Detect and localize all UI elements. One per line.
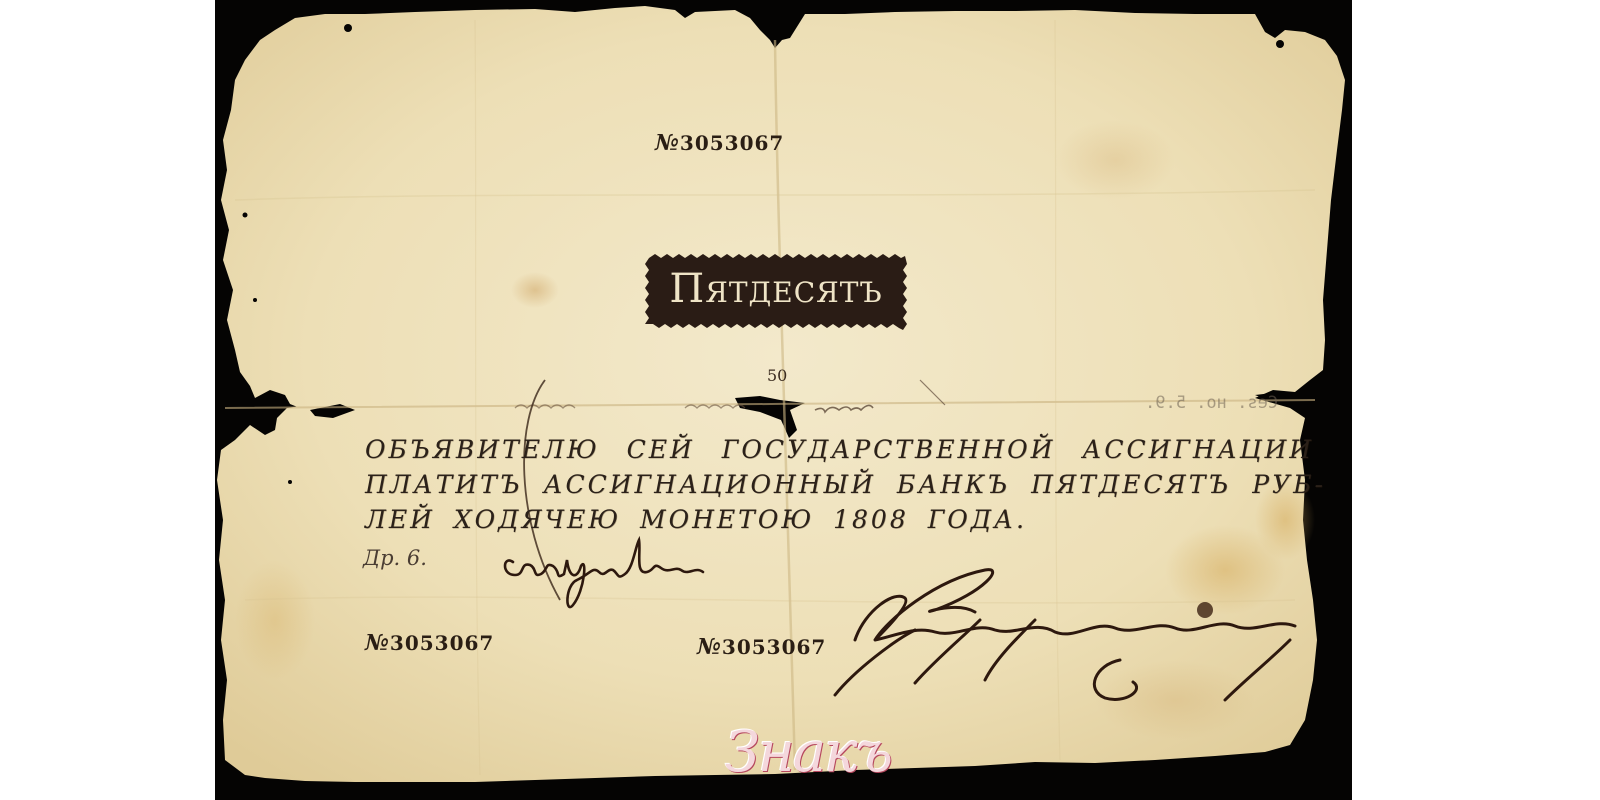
serial-number-bottom-center: №3053067 (697, 634, 826, 660)
serial-digits: 3053067 (390, 631, 494, 655)
plate-mark: Др. 6. (363, 546, 427, 570)
number-sign: № (655, 130, 680, 156)
serial-digits: 3053067 (722, 635, 826, 659)
number-sign: № (365, 630, 390, 656)
text-line-3: лей ходячею монетою 1808 года. (365, 502, 1205, 537)
obligation-text: Объявителю сей государственной ассигнаци… (365, 432, 1205, 537)
denomination-panel: Пятдесятъ (645, 254, 907, 330)
reverse-showthrough-text: Сеs. нo. 5.9. (1145, 393, 1278, 413)
serial-number-bottom-left: №3053067 (365, 630, 494, 656)
small-denomination: 50 (767, 366, 787, 385)
text-line-1: Объявителю сей государственной ассигнаци… (365, 432, 1205, 467)
text-line-2: платитъ ассигнационный банкъ пятдесятъ р… (365, 467, 1205, 502)
number-sign: № (697, 634, 722, 660)
serial-number-top: №3053067 (655, 130, 784, 156)
denomination-word: Пятдесятъ (645, 266, 907, 312)
serial-digits: 3053067 (680, 131, 784, 155)
photo-frame: №3053067 Пятдесятъ 50 Сеs. нo. 5.9. Объя… (215, 0, 1352, 800)
watermark-logo: Знакъ (725, 720, 891, 785)
